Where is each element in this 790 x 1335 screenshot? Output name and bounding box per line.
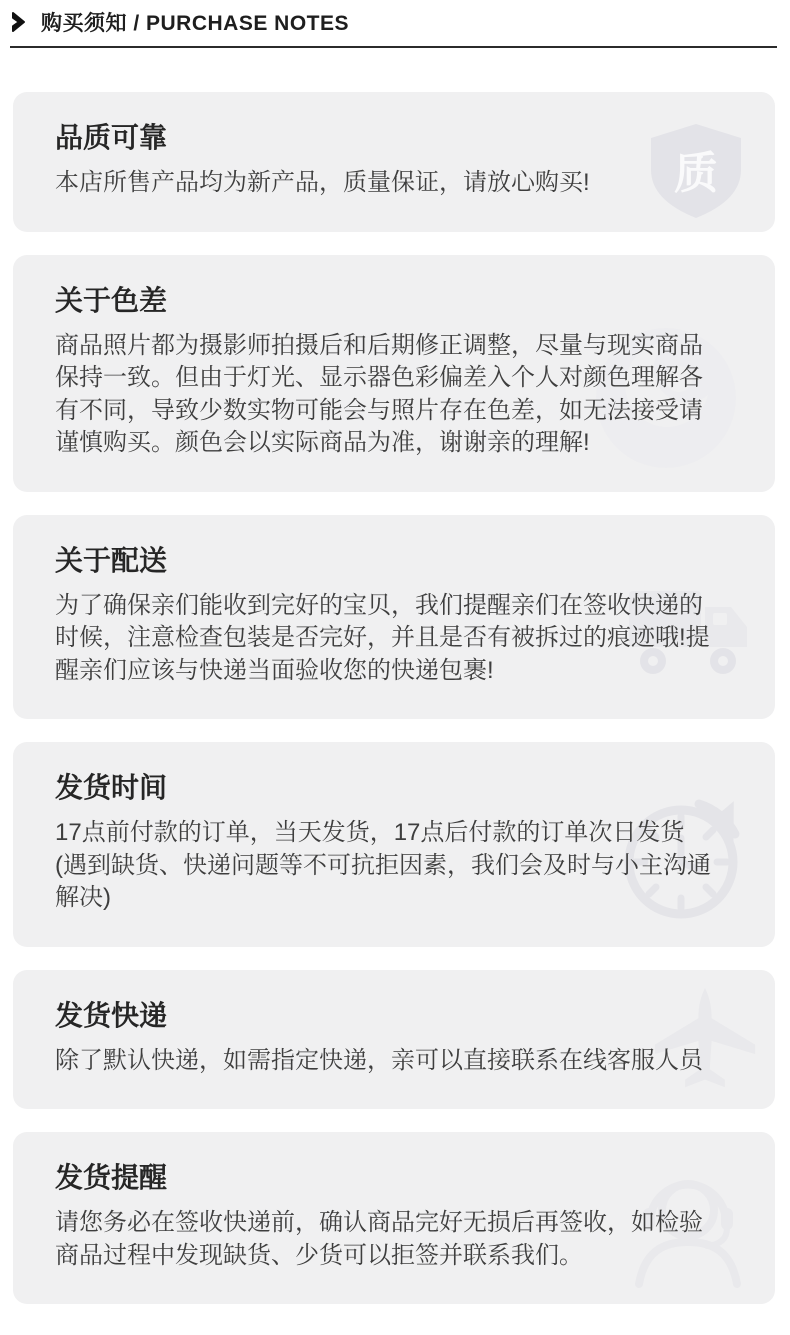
chevron-right-icon	[10, 10, 28, 34]
card-body: 为了确保亲们能收到完好的宝贝，我们提醒亲们在签收快递的时候，注意检查包装是否完好…	[55, 590, 715, 688]
card-quality: 质 品质可靠 本店所售产品均为新产品，质量保证，请放心购买!	[13, 92, 775, 232]
page-title: 购买须知 / PURCHASE NOTES	[41, 7, 349, 37]
purchase-notes-header: 购买须知 / PURCHASE NOTES	[0, 0, 790, 37]
card-title: 关于色差	[55, 285, 715, 317]
card-title: 发货时间	[55, 772, 715, 804]
card-shipping-express: 发货快递 除了默认快递，如需指定快递，亲可以直接联系在线客服人员	[13, 970, 775, 1110]
card-shipping-reminder: 发货提醒 请您务必在签收快递前，确认商品完好无损后再签收，如检验商品过程中发现缺…	[13, 1132, 775, 1304]
card-body: 17点前付款的订单，当天发货，17点后付款的订单次日发货(遇到缺货、快递问题等不…	[55, 817, 715, 915]
card-color-difference: 关于色差 商品照片都为摄影师拍摄后和后期修正调整，尽量与现实商品保持一致。但由于…	[13, 255, 775, 492]
card-title: 关于配送	[55, 545, 715, 577]
purchase-notes-cards: 质 品质可靠 本店所售产品均为新产品，质量保证，请放心购买! 关于色差 商品照片…	[0, 48, 790, 1304]
card-shipping-time: 发货时间 17点前付款的订单，当天发货，17点后付款的订单次日发货(遇到缺货、快…	[13, 742, 775, 947]
card-delivery: 关于配送 为了确保亲们能收到完好的宝贝，我们提醒亲们在签收快递的时候，注意检查包…	[13, 515, 775, 720]
card-body: 除了默认快递，如需指定快递，亲可以直接联系在线客服人员	[55, 1045, 715, 1078]
card-body: 本店所售产品均为新产品，质量保证，请放心购买!	[55, 167, 715, 200]
card-title: 发货提醒	[55, 1162, 715, 1194]
card-body: 请您务必在签收快递前，确认商品完好无损后再签收，如检验商品过程中发现缺货、少货可…	[55, 1207, 715, 1272]
card-title: 品质可靠	[55, 122, 715, 154]
card-title: 发货快递	[55, 1000, 715, 1032]
card-body: 商品照片都为摄影师拍摄后和后期修正调整，尽量与现实商品保持一致。但由于灯光、显示…	[55, 330, 715, 460]
